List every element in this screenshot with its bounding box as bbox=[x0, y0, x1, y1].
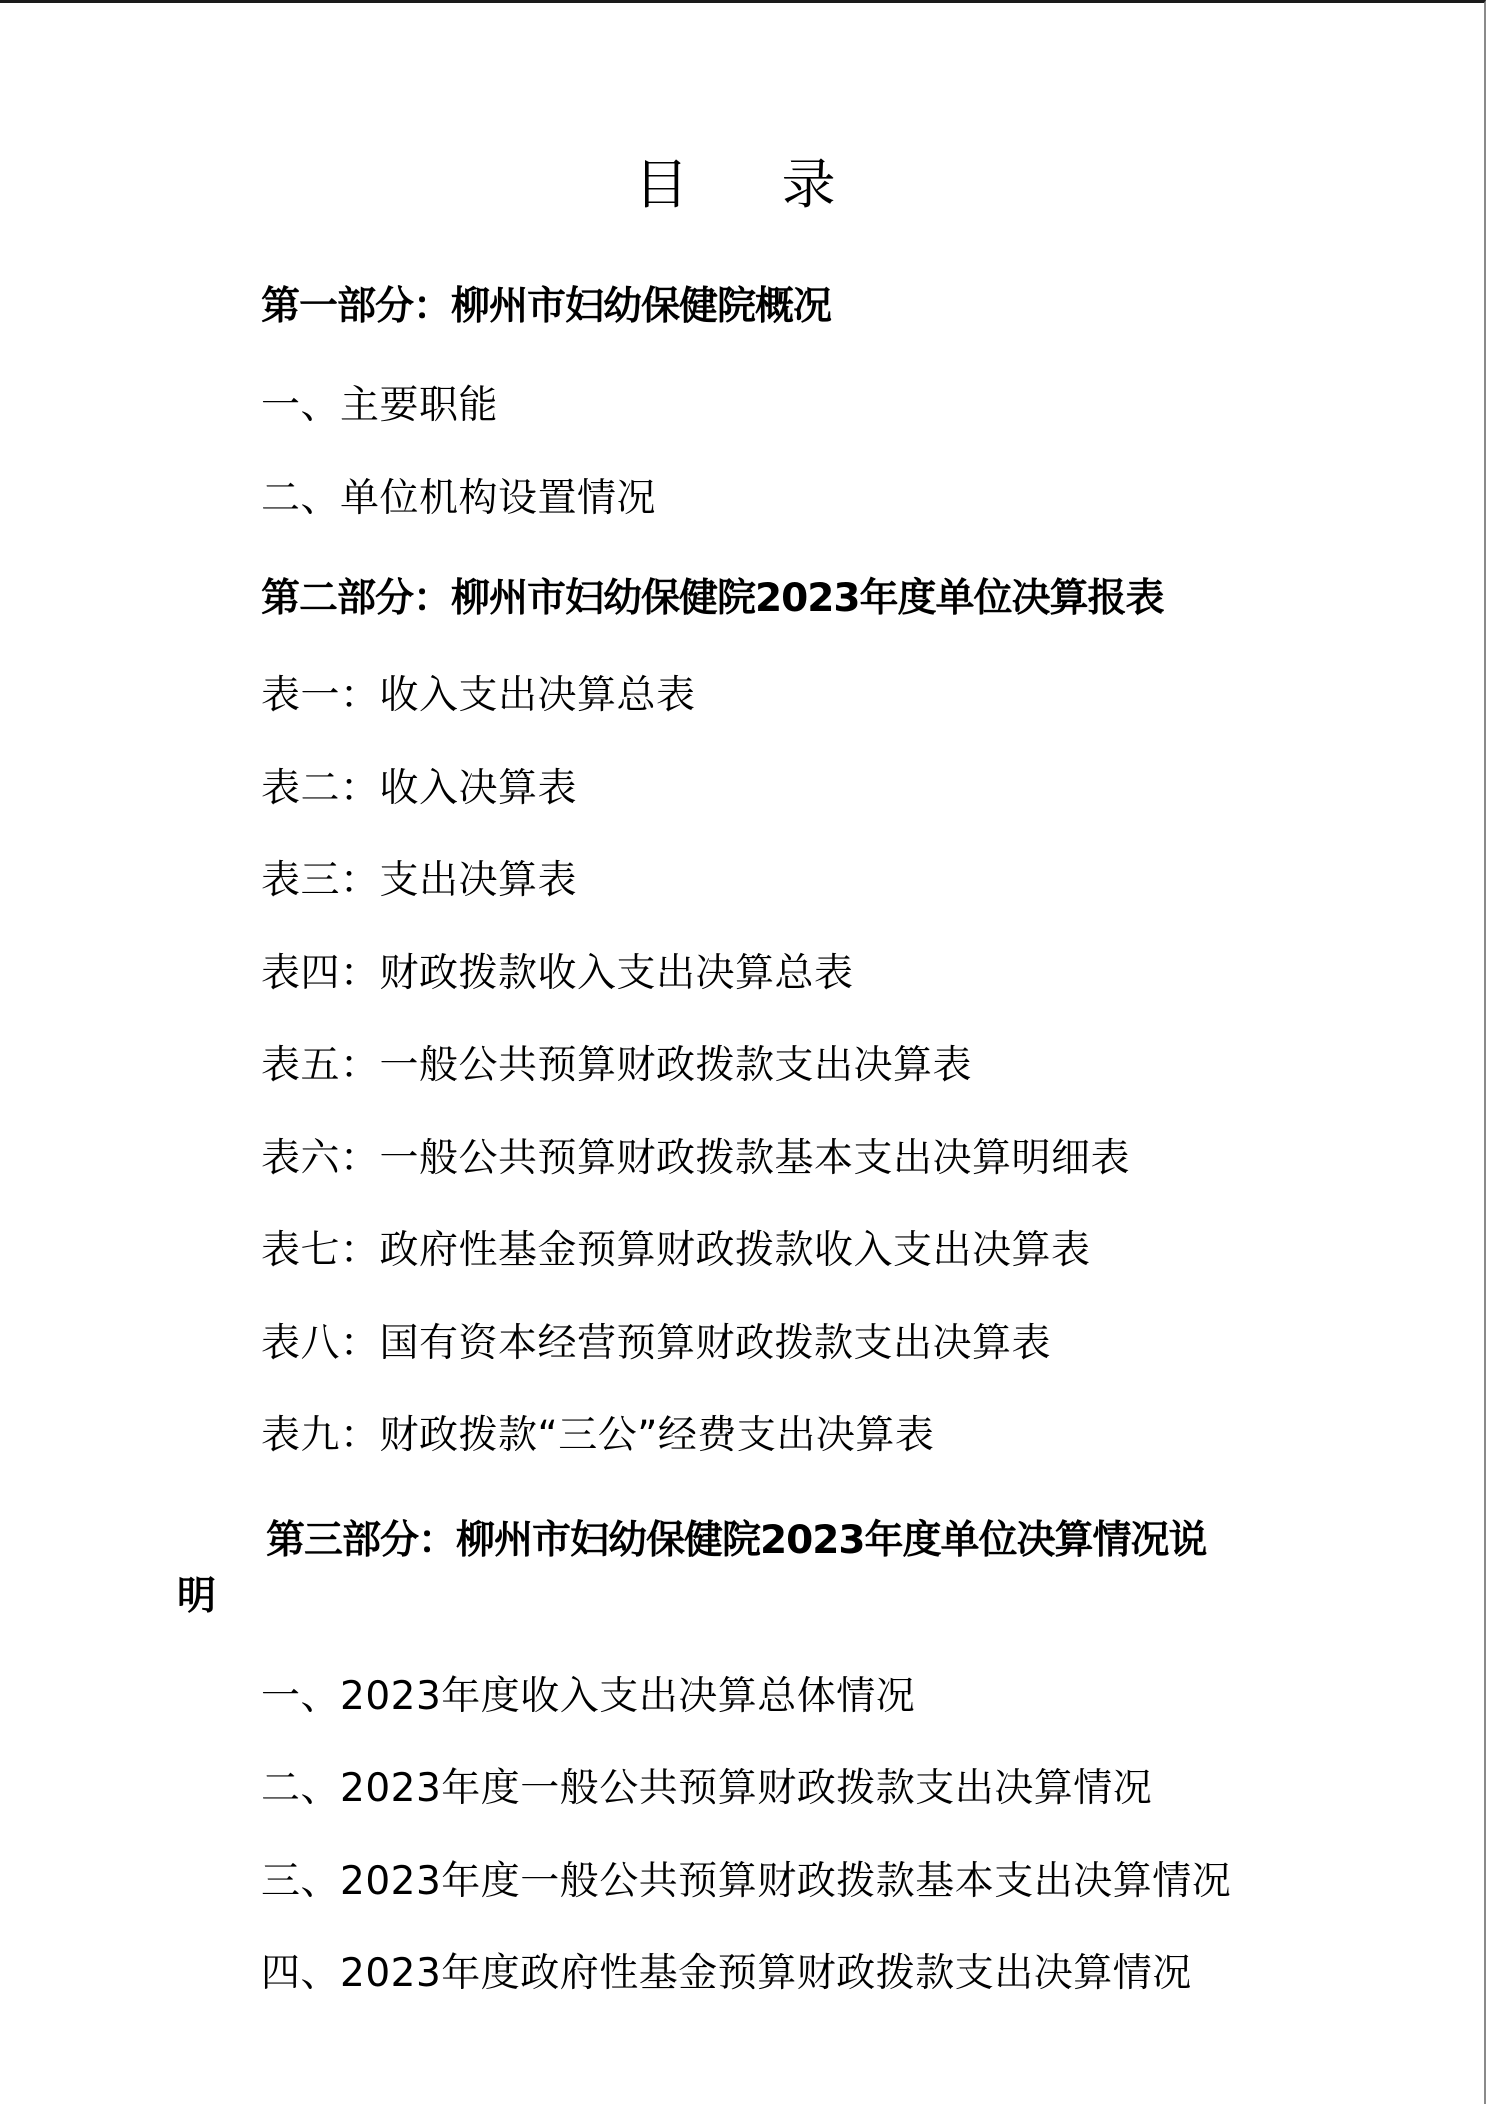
toc-item[interactable]: 一、主要职能 bbox=[177, 378, 1207, 434]
toc-item[interactable]: 一、2023年度收入支出决算总体情况 bbox=[177, 1669, 1207, 1725]
toc-item[interactable]: 表七：政府性基金预算财政拨款收入支出决算表 bbox=[177, 1223, 1207, 1279]
toc-item[interactable]: 表五：一般公共预算财政拨款支出决算表 bbox=[177, 1038, 1207, 1094]
toc-title: 目 录 bbox=[0, 149, 1488, 221]
toc-item[interactable]: 表九：财政拨款“三公”经费支出决算表 bbox=[177, 1408, 1207, 1464]
toc-part-2-heading[interactable]: 第二部分：柳州市妇幼保健院2023年度单位决算报表 bbox=[177, 571, 1207, 627]
toc-item[interactable]: 二、单位机构设置情况 bbox=[177, 471, 1207, 527]
toc-item[interactable]: 表三：支出决算表 bbox=[177, 853, 1207, 909]
toc-part-1-heading[interactable]: 第一部分：柳州市妇幼保健院概况 bbox=[177, 279, 1207, 335]
toc-item[interactable]: 表四：财政拨款收入支出决算总表 bbox=[177, 946, 1207, 1002]
toc-item[interactable]: 表二：收入决算表 bbox=[177, 761, 1207, 817]
toc-part-3-heading[interactable]: 第三部分：柳州市妇幼保健院2023年度单位决算情况说明 bbox=[177, 1513, 1207, 1625]
document-page: 目 录 第一部分：柳州市妇幼保健院概况 一、主要职能 二、单位机构设置情况 第二… bbox=[0, 0, 1486, 2104]
toc-item[interactable]: 表一：收入支出决算总表 bbox=[177, 668, 1207, 724]
toc-item[interactable]: 表八：国有资本经营预算财政拨款支出决算表 bbox=[177, 1316, 1207, 1372]
toc-item[interactable]: 表六：一般公共预算财政拨款基本支出决算明细表 bbox=[177, 1131, 1207, 1187]
toc-item[interactable]: 二、2023年度一般公共预算财政拨款支出决算情况 bbox=[177, 1761, 1207, 1817]
toc-item[interactable]: 四、2023年度政府性基金预算财政拨款支出决算情况 bbox=[177, 1946, 1207, 2002]
toc-item[interactable]: 三、2023年度一般公共预算财政拨款基本支出决算情况 bbox=[177, 1854, 1207, 1910]
